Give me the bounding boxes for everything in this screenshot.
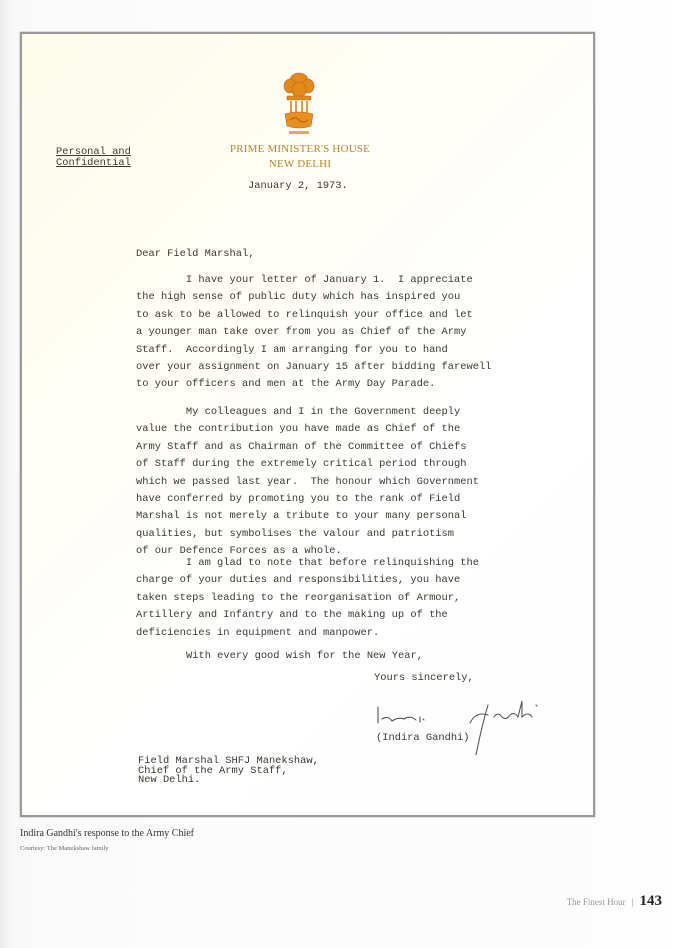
salutation: Dear Field Marshal, xyxy=(136,246,254,263)
letter-paragraph: My colleagues and I in the Government de… xyxy=(136,404,479,561)
letterhead-city: NEW DELHI xyxy=(200,158,400,170)
footer-separator: | xyxy=(632,897,634,907)
figure-caption: Indira Gandhi's response to the Army Chi… xyxy=(20,828,194,839)
book-title: The Finest Hour xyxy=(567,897,626,907)
letter-closing: Yours sincerely, xyxy=(374,670,474,687)
letter-paragraph: With every good wish for the New Year, xyxy=(186,648,423,665)
page-footer: The Finest Hour | 143 xyxy=(567,893,662,910)
classification-label: Personal and Confidential xyxy=(56,147,131,169)
page-number: 143 xyxy=(640,893,663,910)
letterhead-title: PRIME MINISTER'S HOUSE xyxy=(200,143,400,155)
addressee-block: Field Marshal SHFJ Manekshaw, Chief of t… xyxy=(138,757,319,786)
letter-paragraph: I am glad to note that before relinquish… xyxy=(136,555,479,642)
figure-credit: Courtesy: The Manekshaw family xyxy=(20,845,109,852)
state-emblem-icon xyxy=(281,70,317,138)
typed-signatory-name: (Indira Gandhi) xyxy=(376,730,470,747)
letter-date: January 2, 1973. xyxy=(248,178,348,195)
letter-paragraph: I have your letter of January 1. I appre… xyxy=(136,272,491,394)
